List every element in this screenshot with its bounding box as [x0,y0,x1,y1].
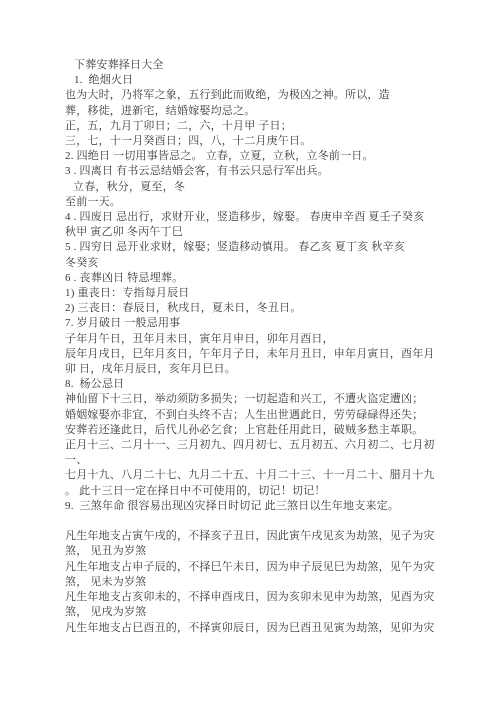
text-line: 辰年月戌日，巳年月亥日，午年月子日，未年月丑日，申年月寅日，酉年月 [65,347,441,362]
text-line: 正，五，九月丁卯日；二，六，十月甲 子日； [65,119,441,134]
text-line: 7. 岁月破日 一般忌用事 [65,316,441,331]
text-line: 安葬若还逢此日，后代儿孙必乞食；上官赴任用此日，破贼多愁主革职。 [65,423,441,438]
text-line: 神仙留下十三日，举动须防多损失；一切起造和兴工，不遭火盗定遭凶； [65,392,441,407]
text-line: 婚姻嫁娶亦非宜，不到白头终不吉；人生出世遇此日，劳劳碌碌得还失； [65,408,441,423]
text-line: 6 . 丧葬凶日 特忌埋葬。 [65,271,441,286]
text-line: 卯 日，戌年月辰日，亥年月巳日。 [65,362,441,377]
text-line: 1) 重丧日：专指每月辰日 [65,286,441,301]
document-page: 下葬安葬择日大全 1. 绝烟火日 也为大时，乃将军之象，五行到此而败绝，为极凶之… [65,58,441,636]
text-line: 1. 绝烟火日 [65,73,441,88]
text-line: 葬，移徙，进新宅，结婚嫁娶均忌之。 [65,104,441,119]
text-line: 子年月午日，丑年月未日，寅年月申日，卯年月酉日， [65,332,441,347]
text-line: 秋甲 寅乙卯 冬丙午丁巳 [65,225,441,240]
text-line: 立春，秋分，夏至，冬 [65,180,441,195]
text-line: 2. 四绝日 一切用事皆忌之。 立春，立夏，立秋，立冬前一日。 [65,149,441,164]
text-line: 凡生年地支占巳酉丑的，不择寅卯辰日，因为巳酉丑见寅为劫煞，见卯为灾 [65,621,441,636]
text-line: 5 . 四穷日 忌开业求财，嫁娶；竖造移动慎用。 春乙亥 夏丁亥 秋辛亥 [65,240,441,255]
text-line: 冬癸亥 [65,256,441,271]
text-line: 9. 三煞年命 很容易出现凶灾择日时切记 此三煞日以生年地支来定。 [65,499,441,514]
text-line: 煞， 见未为岁煞 [65,575,441,590]
text-line: 凡生年地支占申子辰的，不择巳午未日，因为申子辰见巳为劫煞，见午为灾 [65,560,441,575]
text-line: 正月十三、二月十一、三月初九、四月初七、五月初五、六月初二、七月初 [65,438,441,453]
document-title: 下葬安葬择日大全 [65,58,441,73]
text-line: 至前一天。 [65,195,441,210]
text-line: 2) 三丧日：春辰日，秋戌日，夏未日，冬丑日。 [65,301,441,316]
text-line: 凡生年地支占寅午戌的，不择亥子丑日，因此寅午戌见亥为劫煞，见子为灾 [65,529,441,544]
blank-line [65,514,441,529]
text-line: 也为大时，乃将军之象，五行到此而败绝，为极凶之神。所以，造 [65,88,441,103]
text-line: 3 . 四离日 有书云忌结婚会客，有书云只忌行军出兵。 [65,164,441,179]
text-line: 三，七，十一月癸酉日；四，八，十二月庚午日。 [65,134,441,149]
text-line: 煞， 见丑为岁煞 [65,544,441,559]
text-line: 。 此十三日一定在择日中不可使用的，切记！切记！ [65,484,441,499]
text-line: 一、 [65,453,441,468]
text-line: 4 . 四废日 忌出行，求财开业，竖造移步，嫁娶。 春庚申辛酉 夏壬子癸亥 [65,210,441,225]
text-line: 七月十九、八月二十七、九月二十五、十月二十三、十一月二十、腊月十九 [65,468,441,483]
text-line: 煞， 见戌为岁煞 [65,605,441,620]
text-line: 凡生年地支占亥卯未的，不择申酉戌日，因为亥卯未见申为劫煞，见酉为灾 [65,590,441,605]
text-line: 8. 杨公忌日 [65,377,441,392]
